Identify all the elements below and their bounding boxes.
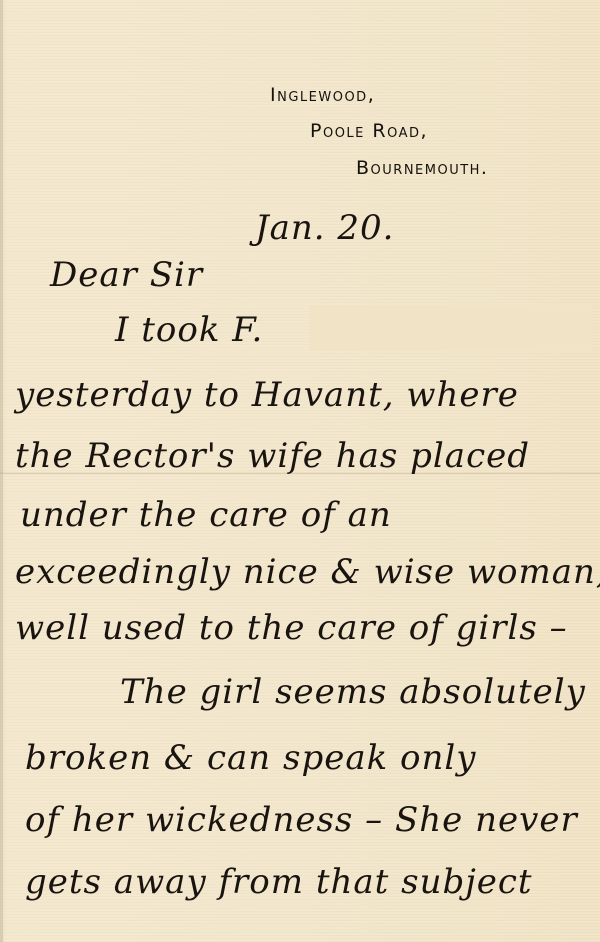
letter-salutation: Dear Sir xyxy=(50,255,203,295)
letterhead-house-name: Inglewood, xyxy=(270,84,375,106)
letter-line: gets away from that subject xyxy=(25,862,533,902)
paper-left-edge xyxy=(0,0,3,942)
letter-line: I took F. xyxy=(115,310,263,350)
letter-line: broken & can speak only xyxy=(25,738,476,778)
redaction-box xyxy=(309,305,593,351)
letter-line: well used to the care of girls – xyxy=(15,608,568,648)
letter-date: Jan. 20. xyxy=(255,208,394,248)
letter-line: yesterday to Havant, where xyxy=(15,375,519,415)
letterhead-street: Poole Road, xyxy=(310,120,428,142)
letter-line: under the care of an xyxy=(20,495,392,535)
letterhead-town: Bournemouth. xyxy=(356,157,488,179)
letter-line: exceedingly nice & wise woman, xyxy=(15,552,600,592)
letter-line: The girl seems absolutely xyxy=(120,672,586,712)
letter-line: of her wickedness – She never xyxy=(25,800,578,840)
letter-line: the Rector's wife has placed xyxy=(15,436,530,476)
